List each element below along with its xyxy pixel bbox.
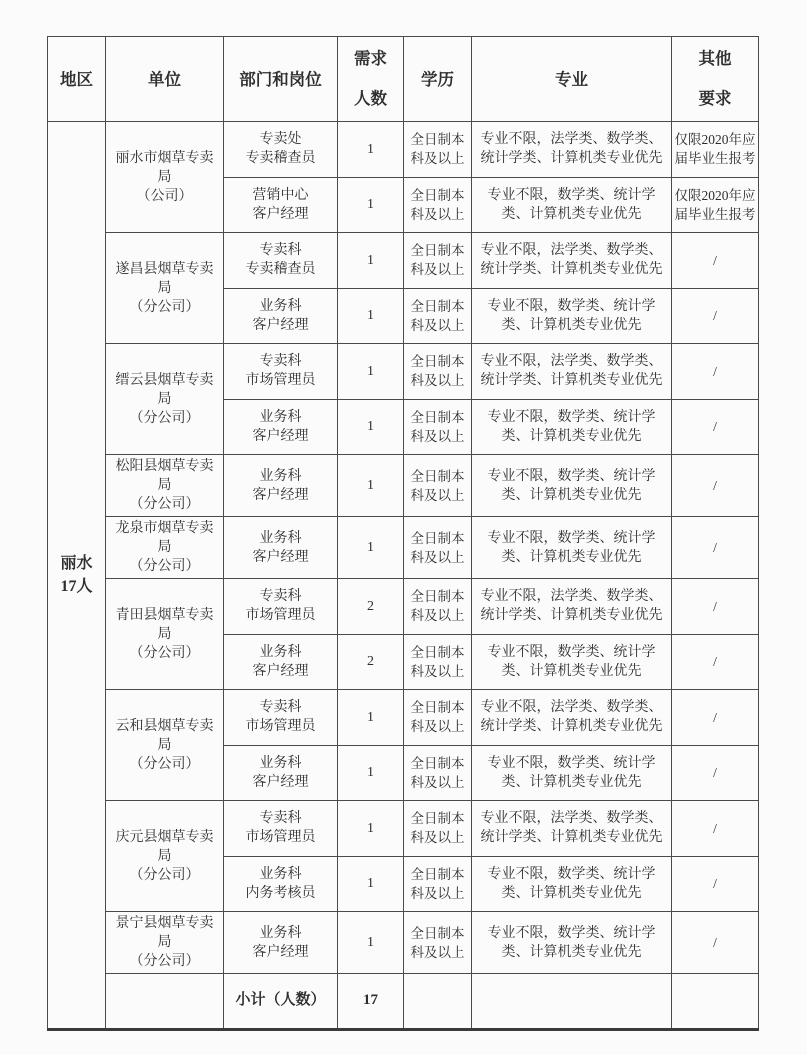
major-cell: 专业不限，数学类、统计学类、计算机类专业优先 xyxy=(472,399,672,455)
major-cell: 专业不限，法学类、数学类、统计学类、计算机类专业优先 xyxy=(472,344,672,400)
other-cell: / xyxy=(672,233,759,289)
dept-cell: 业务科 客户经理 xyxy=(224,455,338,517)
edu-cell: 全日制本科及以上 xyxy=(404,801,472,857)
other-cell: / xyxy=(672,801,759,857)
dept-cell: 专卖科 专卖稽查员 xyxy=(224,233,338,289)
major-cell: 专业不限，数学类、统计学类、计算机类专业优先 xyxy=(472,856,672,912)
major-cell: 专业不限，数学类、统计学类、计算机类专业优先 xyxy=(472,912,672,974)
count-cell: 1 xyxy=(338,177,404,233)
dept-cell: 专卖科 市场管理员 xyxy=(224,579,338,635)
subtotal-value-cell: 17 xyxy=(338,974,404,1030)
other-cell: / xyxy=(672,690,759,746)
major-cell: 专业不限，数学类、统计学类、计算机类专业优先 xyxy=(472,634,672,690)
major-cell: 专业不限，数学类、统计学类、计算机类专业优先 xyxy=(472,455,672,517)
dept-cell: 业务科 客户经理 xyxy=(224,288,338,344)
subtotal-major-empty-cell xyxy=(472,974,672,1030)
header-dept: 部门和岗位 xyxy=(224,37,338,122)
other-cell: / xyxy=(672,517,759,579)
header-other-line1: 其他 xyxy=(675,39,755,79)
unit-cell: 庆元县烟草专卖局 （分公司） xyxy=(106,801,224,912)
major-cell: 专业不限，数学类、统计学类、计算机类专业优先 xyxy=(472,177,672,233)
dept-cell: 专卖科 市场管理员 xyxy=(224,801,338,857)
dept-cell: 业务科 客户经理 xyxy=(224,912,338,974)
table-row: 松阳县烟草专卖局 （分公司） 业务科 客户经理 1 全日制本科及以上 专业不限，… xyxy=(48,455,759,517)
unit-cell: 松阳县烟草专卖局 （分公司） xyxy=(106,455,224,517)
other-cell: 仅限2020年应届毕业生报考 xyxy=(672,122,759,178)
edu-cell: 全日制本科及以上 xyxy=(404,177,472,233)
count-cell: 1 xyxy=(338,801,404,857)
table-row: 云和县烟草专卖局 （分公司） 专卖科 市场管理员 1 全日制本科及以上 专业不限… xyxy=(48,690,759,746)
header-other: 其他 要求 xyxy=(672,37,759,122)
header-major: 专业 xyxy=(472,37,672,122)
table-row: 缙云县烟草专卖局 （分公司） 专卖科 市场管理员 1 全日制本科及以上 专业不限… xyxy=(48,344,759,400)
count-cell: 1 xyxy=(338,399,404,455)
edu-cell: 全日制本科及以上 xyxy=(404,579,472,635)
table-row: 庆元县烟草专卖局 （分公司） 专卖科 市场管理员 1 全日制本科及以上 专业不限… xyxy=(48,801,759,857)
unit-cell: 云和县烟草专卖局 （分公司） xyxy=(106,690,224,801)
dept-cell: 业务科 客户经理 xyxy=(224,634,338,690)
edu-cell: 全日制本科及以上 xyxy=(404,856,472,912)
edu-cell: 全日制本科及以上 xyxy=(404,344,472,400)
other-cell: / xyxy=(672,455,759,517)
count-cell: 1 xyxy=(338,122,404,178)
subtotal-row: 小计（人数） 17 xyxy=(48,974,759,1030)
edu-cell: 全日制本科及以上 xyxy=(404,912,472,974)
edu-cell: 全日制本科及以上 xyxy=(404,399,472,455)
edu-cell: 全日制本科及以上 xyxy=(404,122,472,178)
dept-cell: 专卖科 市场管理员 xyxy=(224,690,338,746)
unit-cell: 景宁县烟草专卖局 （分公司） xyxy=(106,912,224,974)
other-cell: / xyxy=(672,745,759,801)
count-cell: 1 xyxy=(338,912,404,974)
header-count-line2: 人数 xyxy=(341,79,400,119)
other-cell: 仅限2020年应届毕业生报考 xyxy=(672,177,759,233)
edu-cell: 全日制本科及以上 xyxy=(404,233,472,289)
other-cell: / xyxy=(672,344,759,400)
other-cell: / xyxy=(672,579,759,635)
dept-cell: 专卖科 市场管理员 xyxy=(224,344,338,400)
count-cell: 1 xyxy=(338,288,404,344)
major-cell: 专业不限，数学类、统计学类、计算机类专业优先 xyxy=(472,288,672,344)
other-cell: / xyxy=(672,288,759,344)
region-cell: 丽水 17人 xyxy=(48,122,106,1030)
subtotal-other-empty-cell xyxy=(672,974,759,1030)
region-count: 17人 xyxy=(51,575,102,598)
major-cell: 专业不限，法学类、数学类、统计学类、计算机类专业优先 xyxy=(472,122,672,178)
header-region: 地区 xyxy=(48,37,106,122)
table-row: 景宁县烟草专卖局 （分公司） 业务科 客户经理 1 全日制本科及以上 专业不限，… xyxy=(48,912,759,974)
other-cell: / xyxy=(672,856,759,912)
header-unit: 单位 xyxy=(106,37,224,122)
header-other-line2: 要求 xyxy=(675,79,755,119)
header-count-line1: 需求 xyxy=(341,39,400,79)
unit-cell: 青田县烟草专卖局 （分公司） xyxy=(106,579,224,690)
major-cell: 专业不限，法学类、数学类、统计学类、计算机类专业优先 xyxy=(472,801,672,857)
table-row: 青田县烟草专卖局 （分公司） 专卖科 市场管理员 2 全日制本科及以上 专业不限… xyxy=(48,579,759,635)
edu-cell: 全日制本科及以上 xyxy=(404,517,472,579)
dept-cell: 营销中心 客户经理 xyxy=(224,177,338,233)
dept-cell: 业务科 客户经理 xyxy=(224,399,338,455)
major-cell: 专业不限，数学类、统计学类、计算机类专业优先 xyxy=(472,745,672,801)
header-row: 地区 单位 部门和岗位 需求 人数 学历 专业 其他 要求 xyxy=(48,37,759,122)
count-cell: 1 xyxy=(338,856,404,912)
count-cell: 1 xyxy=(338,690,404,746)
edu-cell: 全日制本科及以上 xyxy=(404,288,472,344)
edu-cell: 全日制本科及以上 xyxy=(404,455,472,517)
table-row: 丽水 17人 丽水市烟草专卖局 （公司） 专卖处 专卖稽查员 1 全日制本科及以… xyxy=(48,122,759,178)
edu-cell: 全日制本科及以上 xyxy=(404,634,472,690)
unit-cell: 龙泉市烟草专卖局 （分公司） xyxy=(106,517,224,579)
region-name: 丽水 xyxy=(51,552,102,575)
unit-cell: 缙云县烟草专卖局 （分公司） xyxy=(106,344,224,455)
job-positions-table: 地区 单位 部门和岗位 需求 人数 学历 专业 其他 要求 丽水 17人 丽水市… xyxy=(47,36,759,1031)
major-cell: 专业不限，数学类、统计学类、计算机类专业优先 xyxy=(472,517,672,579)
header-edu: 学历 xyxy=(404,37,472,122)
count-cell: 1 xyxy=(338,233,404,289)
major-cell: 专业不限，法学类、数学类、统计学类、计算机类专业优先 xyxy=(472,233,672,289)
dept-cell: 业务科 内务考核员 xyxy=(224,856,338,912)
dept-cell: 业务科 客户经理 xyxy=(224,745,338,801)
edu-cell: 全日制本科及以上 xyxy=(404,690,472,746)
header-count: 需求 人数 xyxy=(338,37,404,122)
subtotal-unit-empty-cell xyxy=(106,974,224,1030)
dept-cell: 专卖处 专卖稽查员 xyxy=(224,122,338,178)
dept-cell: 业务科 客户经理 xyxy=(224,517,338,579)
table-row: 遂昌县烟草专卖局 （分公司） 专卖科 专卖稽查员 1 全日制本科及以上 专业不限… xyxy=(48,233,759,289)
count-cell: 1 xyxy=(338,517,404,579)
unit-cell: 丽水市烟草专卖局 （公司） xyxy=(106,122,224,233)
count-cell: 1 xyxy=(338,344,404,400)
subtotal-edu-empty-cell xyxy=(404,974,472,1030)
unit-cell: 遂昌县烟草专卖局 （分公司） xyxy=(106,233,224,344)
other-cell: / xyxy=(672,399,759,455)
table-row: 龙泉市烟草专卖局 （分公司） 业务科 客户经理 1 全日制本科及以上 专业不限，… xyxy=(48,517,759,579)
major-cell: 专业不限，法学类、数学类、统计学类、计算机类专业优先 xyxy=(472,579,672,635)
major-cell: 专业不限，法学类、数学类、统计学类、计算机类专业优先 xyxy=(472,690,672,746)
count-cell: 1 xyxy=(338,745,404,801)
other-cell: / xyxy=(672,912,759,974)
count-cell: 2 xyxy=(338,579,404,635)
count-cell: 2 xyxy=(338,634,404,690)
edu-cell: 全日制本科及以上 xyxy=(404,745,472,801)
subtotal-label-cell: 小计（人数） xyxy=(224,974,338,1030)
count-cell: 1 xyxy=(338,455,404,517)
other-cell: / xyxy=(672,634,759,690)
